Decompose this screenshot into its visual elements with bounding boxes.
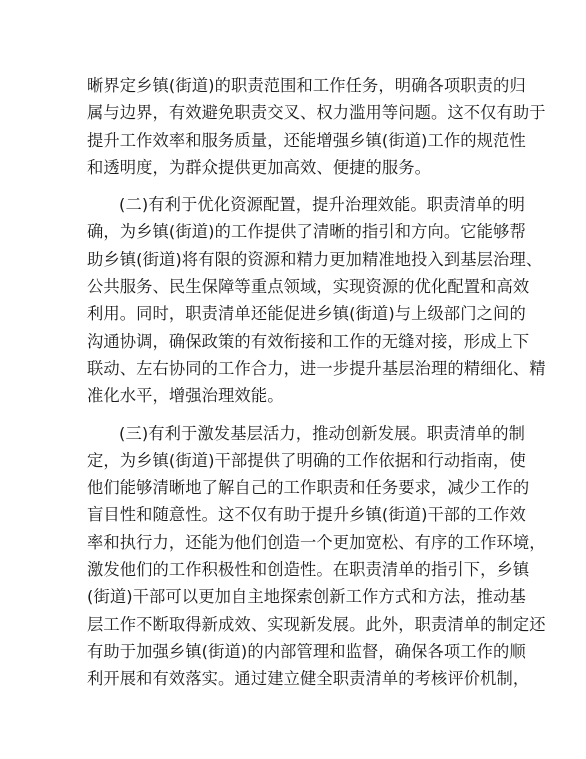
text-line: 沟通协调，确保政策的有效衔接和工作的无缝对接，形成上下 <box>87 328 501 355</box>
paragraph-1-continuation: 晰界定乡镇(街道)的职责范围和工作任务，明确各项职责的归 属与边界，有效避免职责… <box>87 72 501 181</box>
text-line: 他们能够清晰地了解自己的工作职责和任务要求，减少工作的 <box>87 474 501 501</box>
section-heading-line: (二)有利于优化资源配置，提升治理效能。职责清单的明 <box>87 191 501 218</box>
paragraph-3-grassroots-vitality: (三)有利于激发基层活力，推动创新发展。职责清单的制 定，为乡镇(街道)干部提供… <box>87 420 501 693</box>
text-line: (街道)干部可以更加自主地探索创新工作方式和方法，推动基 <box>87 583 501 610</box>
text-line: 联动、左右协同的工作合力，进一步提升基层治理的精细化、精 <box>87 355 501 382</box>
text-line: 盲目性和随意性。这不仅有助于提升乡镇(街道)干部的工作效 <box>87 501 501 528</box>
paragraph-2-resource-allocation: (二)有利于优化资源配置，提升治理效能。职责清单的明 确，为乡镇(街道)的工作提… <box>87 191 501 409</box>
text-line: 和透明度，为群众提供更加高效、便捷的服务。 <box>87 154 501 181</box>
text-line: 公共服务、民生保障等重点领域，实现资源的优化配置和高效 <box>87 273 501 300</box>
text-line: 助乡镇(街道)将有限的资源和精力更加精准地投入到基层治理、 <box>87 246 501 273</box>
text-line: 确，为乡镇(街道)的工作提供了清晰的指引和方向。它能够帮 <box>87 218 501 245</box>
text-line: 激发他们的工作积极性和创造性。在职责清单的指引下，乡镇 <box>87 556 501 583</box>
text-line: 利用。同时，职责清单还能促进乡镇(街道)与上级部门之间的 <box>87 300 501 327</box>
text-line: 准化水平，增强治理效能。 <box>87 382 501 409</box>
text-line: 利开展和有效落实。通过建立健全职责清单的考核评价机制， <box>87 665 501 692</box>
text-line: 有助于加强乡镇(街道)的内部管理和监督，确保各项工作的顺 <box>87 638 501 665</box>
section-heading-line: (三)有利于激发基层活力，推动创新发展。职责清单的制 <box>87 420 501 447</box>
text-line: 定，为乡镇(街道)干部提供了明确的工作依据和行动指南，使 <box>87 447 501 474</box>
text-line: 率和执行力，还能为他们创造一个更加宽松、有序的工作环境， <box>87 529 501 556</box>
text-line: 层工作不断取得新成效、实现新发展。此外，职责清单的制定还 <box>87 611 501 638</box>
text-line: 属与边界，有效避免职责交叉、权力滥用等问题。这不仅有助于 <box>87 99 501 126</box>
text-line: 提升工作效率和服务质量，还能增强乡镇(街道)工作的规范性 <box>87 127 501 154</box>
document-page: 晰界定乡镇(街道)的职责范围和工作任务，明确各项职责的归 属与边界，有效避免职责… <box>87 72 501 703</box>
text-line: 晰界定乡镇(街道)的职责范围和工作任务，明确各项职责的归 <box>87 72 501 99</box>
